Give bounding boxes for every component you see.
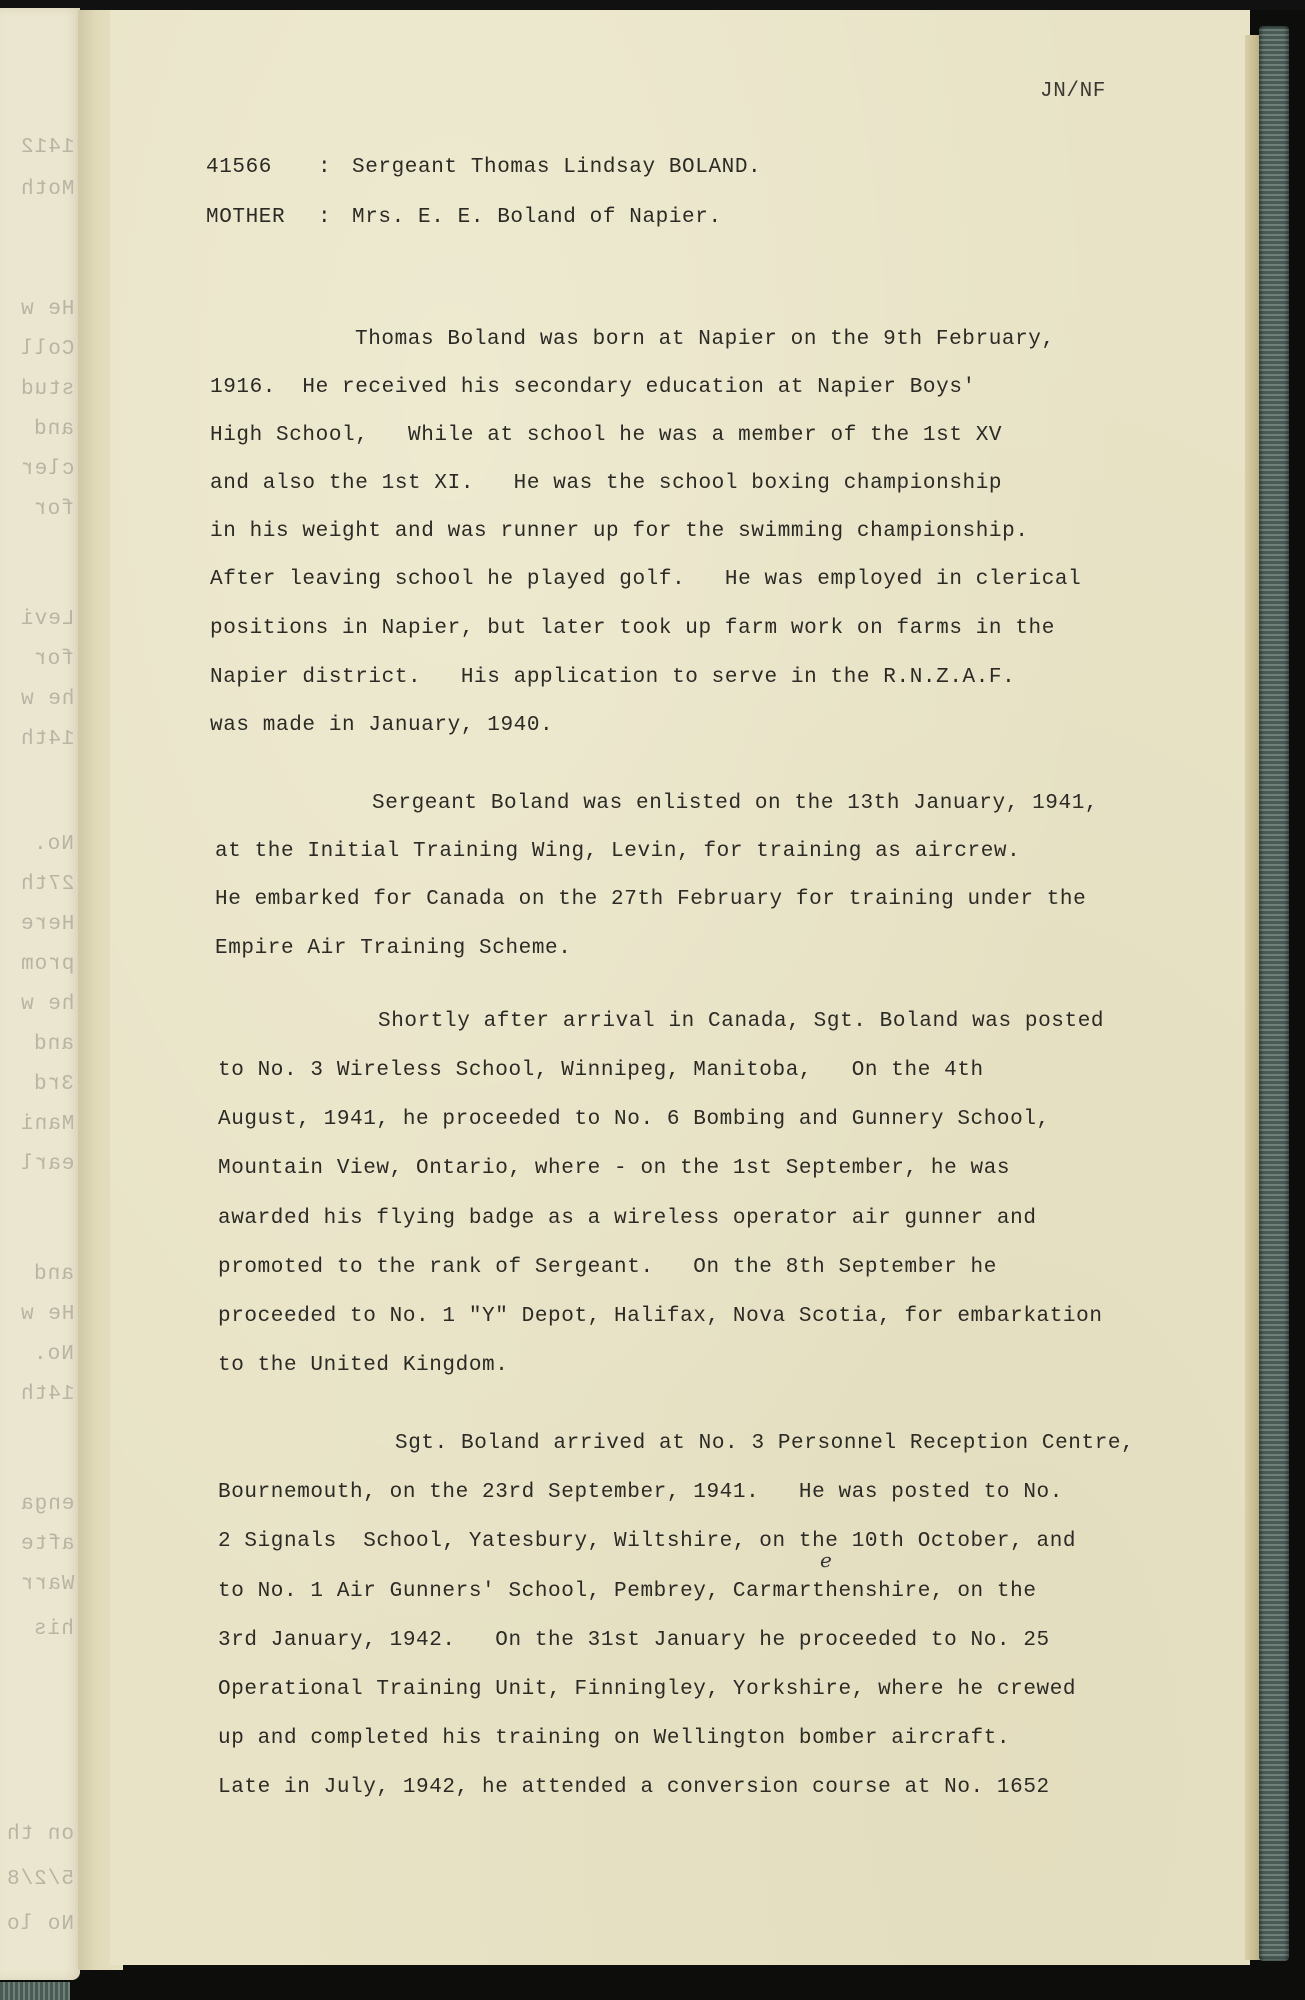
top-background-band [0,0,1305,10]
bleed-fragment: 14th [20,1383,74,1406]
bleed-fragment: for [33,648,74,671]
bleed-fragment: Levi [20,608,74,631]
bleed-fragment: Here [20,913,74,936]
bleed-fragment: and [33,418,74,441]
bleed-fragment: earl [20,1153,74,1176]
text-line: to the United Kingdom. [218,1354,508,1378]
service-number-separator: : [318,156,331,179]
bleed-fragment: 27th [20,873,74,896]
text-line: Sergeant Boland was enlisted on the 13th… [372,792,1098,816]
text-line: Thomas Boland was born at Napier on the … [355,328,1055,352]
text-line: 3rd January, 1942. On the 31st January h… [218,1629,1050,1653]
bleed-fragment: He w [20,298,74,321]
text-line: 2 Signals School, Yatesbury, Wiltshire, … [218,1530,1076,1554]
text-line: 1916. He received his secondary educatio… [210,376,976,400]
bleed-fragment: enga [20,1493,74,1516]
bleed-fragment: he w [20,993,74,1016]
text-line: and also the 1st XI. He was the school b… [210,472,1002,496]
text-line: promoted to the rank of Sergeant. On the… [218,1256,997,1280]
bleed-fragment: on th [6,1823,74,1846]
mother-separator: : [318,206,331,229]
bleed-fragment: No. [33,833,74,856]
bleed-fragment: cler [20,458,74,481]
document-page [110,10,1250,1965]
text-line: Napier district. His application to serv… [210,666,1015,690]
reference-code: JN/NF [1040,80,1106,104]
text-line: Late in July, 1942, he attended a conver… [218,1776,1050,1800]
text-line: up and completed his training on Welling… [218,1727,1010,1751]
text-line: at the Initial Training Wing, Levin, for… [215,840,1020,864]
text-line: Operational Training Unit, Finningley, Y… [218,1678,1076,1702]
bleed-fragment: 14th [20,728,74,751]
bleed-fragment: for [33,498,74,521]
text-line: Empire Air Training Scheme. [215,937,571,961]
bleed-fragment: Moth [20,178,74,201]
text-line: was made in January, 1940. [210,714,553,738]
bleed-fragment: his [33,1618,74,1641]
text-line: After leaving school he played golf. He … [210,568,1081,592]
text-line: to No. 3 Wireless School, Winnipeg, Mani… [218,1059,984,1083]
text-line: Mountain View, Ontario, where - on the 1… [218,1157,1010,1181]
bleed-fragment: 3rd [33,1073,74,1096]
bleed-fragment: 1412 [20,136,74,159]
previous-page-edge: 1412 Moth He w Coll stud and cler for Le… [0,8,80,1980]
bleed-fragment: afte [20,1533,74,1556]
bleed-fragment: stud [20,378,74,401]
text-line: Sgt. Boland arrived at No. 3 Personnel R… [395,1432,1134,1456]
mother-value: Mrs. E. E. Boland of Napier. [352,206,722,229]
bleed-fragment: Warr [20,1573,74,1596]
bleed-fragment: prom [20,953,74,976]
bleed-fragment: Mani [20,1113,74,1136]
text-line: in his weight and was runner up for the … [210,520,1029,544]
bleed-fragment: and [33,1263,74,1286]
text-line: High School, While at school he was a me… [210,424,1002,448]
handwritten-correction: e [820,1548,832,1572]
text-line: Shortly after arrival in Canada, Sgt. Bo… [378,1010,1104,1034]
book-binding [1259,26,1289,1961]
text-line: August, 1941, he proceeded to No. 6 Bomb… [218,1108,1050,1132]
bleed-fragment: 5/2/8 [6,1868,74,1891]
bleed-fragment: No lo [6,1913,74,1936]
bleed-fragment: He w [20,1303,74,1326]
bottom-binding [0,1982,70,2000]
text-line: proceeded to No. 1 "Y" Depot, Halifax, N… [218,1305,1103,1329]
bleed-fragment: he w [20,688,74,711]
bleed-fragment: No. [33,1343,74,1366]
bleed-fragment: Coll [20,338,74,361]
text-line: positions in Napier, but later took up f… [210,617,1055,641]
subject-name: Sergeant Thomas Lindsay BOLAND. [352,156,761,179]
text-line: He embarked for Canada on the 27th Febru… [215,888,1086,912]
bleed-fragment: and [33,1033,74,1056]
mother-label: MOTHER [206,206,285,229]
text-line: to No. 1 Air Gunners' School, Pembrey, C… [218,1580,1037,1604]
text-line: awarded his flying badge as a wireless o… [218,1207,1037,1231]
service-number: 41566 [206,156,272,179]
text-line: Bournemouth, on the 23rd September, 1941… [218,1481,1063,1505]
